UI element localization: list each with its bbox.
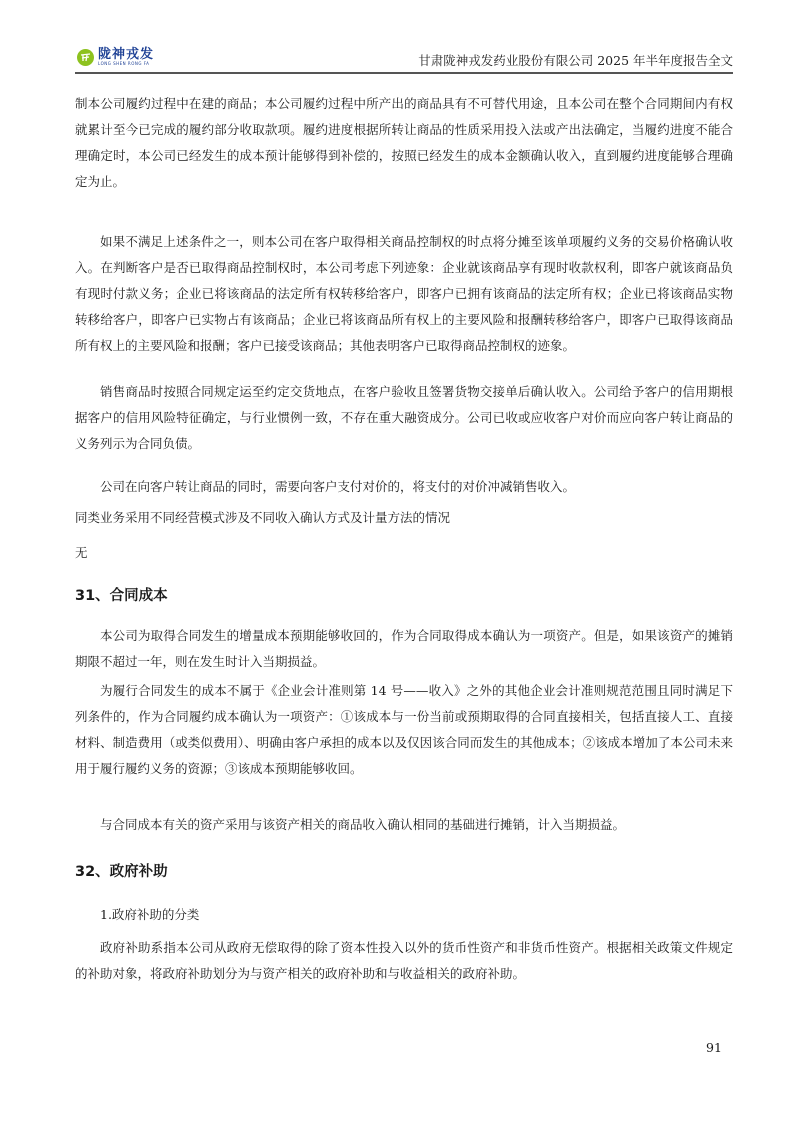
paragraph: 同类业务采用不同经营模式涉及不同收入确认方式及计量方法的情况 <box>75 505 733 531</box>
subsidy-paragraph: 政府补助系指本公司从政府无偿取得的除了资本性投入以外的货币性资产和非货币性资产。… <box>75 935 733 987</box>
subsidy-subheading: 1.政府补助的分类 <box>75 902 733 928</box>
company-logo: 陇神戎发 LONG SHEN RONG FA <box>77 48 154 66</box>
page-header: 陇神戎发 LONG SHEN RONG FA 甘肃陇神戎发药业股份有限公司 20… <box>75 48 733 74</box>
contract-cost-paragraph-2: 为履行合同发生的成本不属于《企业会计准则第 14 号——收入》之外的其他企业会计… <box>75 678 733 782</box>
section-heading-32: 32、政府补助 <box>75 860 168 881</box>
page-number: 91 <box>706 1040 722 1055</box>
revenue-paragraph-continuation: 制本公司履约过程中在建的商品；本公司履约过程中所产出的商品具有不可替代用途，且本… <box>75 91 733 195</box>
paragraph: 公司在向客户转让商品的同时，需要向客户支付对价的，将支付的对价冲减销售收入。 <box>75 474 733 500</box>
logo-chinese-name: 陇神戎发 <box>98 48 154 61</box>
contract-cost-paragraph-1: 本公司为取得合同发生的增量成本预期能够收回的，作为合同取得成本确认为一项资产。但… <box>75 623 733 675</box>
paragraph: 销售商品时按照合同规定运至约定交货地点，在客户验收且签署货物交接单后确认收入。公… <box>75 379 733 457</box>
paragraph: 无 <box>75 540 733 566</box>
paragraph: 制本公司履约过程中在建的商品；本公司履约过程中所产出的商品具有不可替代用途，且本… <box>75 91 733 195</box>
same-business-line: 同类业务采用不同经营模式涉及不同收入确认方式及计量方法的情况 <box>75 505 733 531</box>
paragraph: 如果不满足上述条件之一，则本公司在客户取得相关商品控制权的时点将分摊至该单项履约… <box>75 229 733 359</box>
paragraph: 与合同成本有关的资产采用与该资产相关的商品收入确认相同的基础进行摊销，计入当期损… <box>75 812 733 838</box>
section-heading-31: 31、合同成本 <box>75 584 168 605</box>
consideration-paragraph: 公司在向客户转让商品的同时，需要向客户支付对价的，将支付的对价冲减销售收入。 <box>75 474 733 500</box>
logo-emblem-icon <box>77 49 94 66</box>
paragraph: 政府补助系指本公司从政府无偿取得的除了资本性投入以外的货币性资产和非货币性资产。… <box>75 935 733 987</box>
sales-recognition-paragraph: 销售商品时按照合同规定运至约定交货地点，在客户验收且签署货物交接单后确认收入。公… <box>75 379 733 457</box>
paragraph: 为履行合同发生的成本不属于《企业会计准则第 14 号——收入》之外的其他企业会计… <box>75 678 733 782</box>
control-transfer-paragraph: 如果不满足上述条件之一，则本公司在客户取得相关商品控制权的时点将分摊至该单项履约… <box>75 229 733 359</box>
logo-english-name: LONG SHEN RONG FA <box>98 62 154 66</box>
contract-cost-paragraph-3: 与合同成本有关的资产采用与该资产相关的商品收入确认相同的基础进行摊销，计入当期损… <box>75 812 733 838</box>
none-line: 无 <box>75 540 733 566</box>
header-divider <box>75 72 733 74</box>
subheading: 1.政府补助的分类 <box>75 902 733 928</box>
report-title: 甘肃陇神戎发药业股份有限公司 2025 年半年度报告全文 <box>418 51 733 69</box>
paragraph: 本公司为取得合同发生的增量成本预期能够收回的，作为合同取得成本确认为一项资产。但… <box>75 623 733 675</box>
